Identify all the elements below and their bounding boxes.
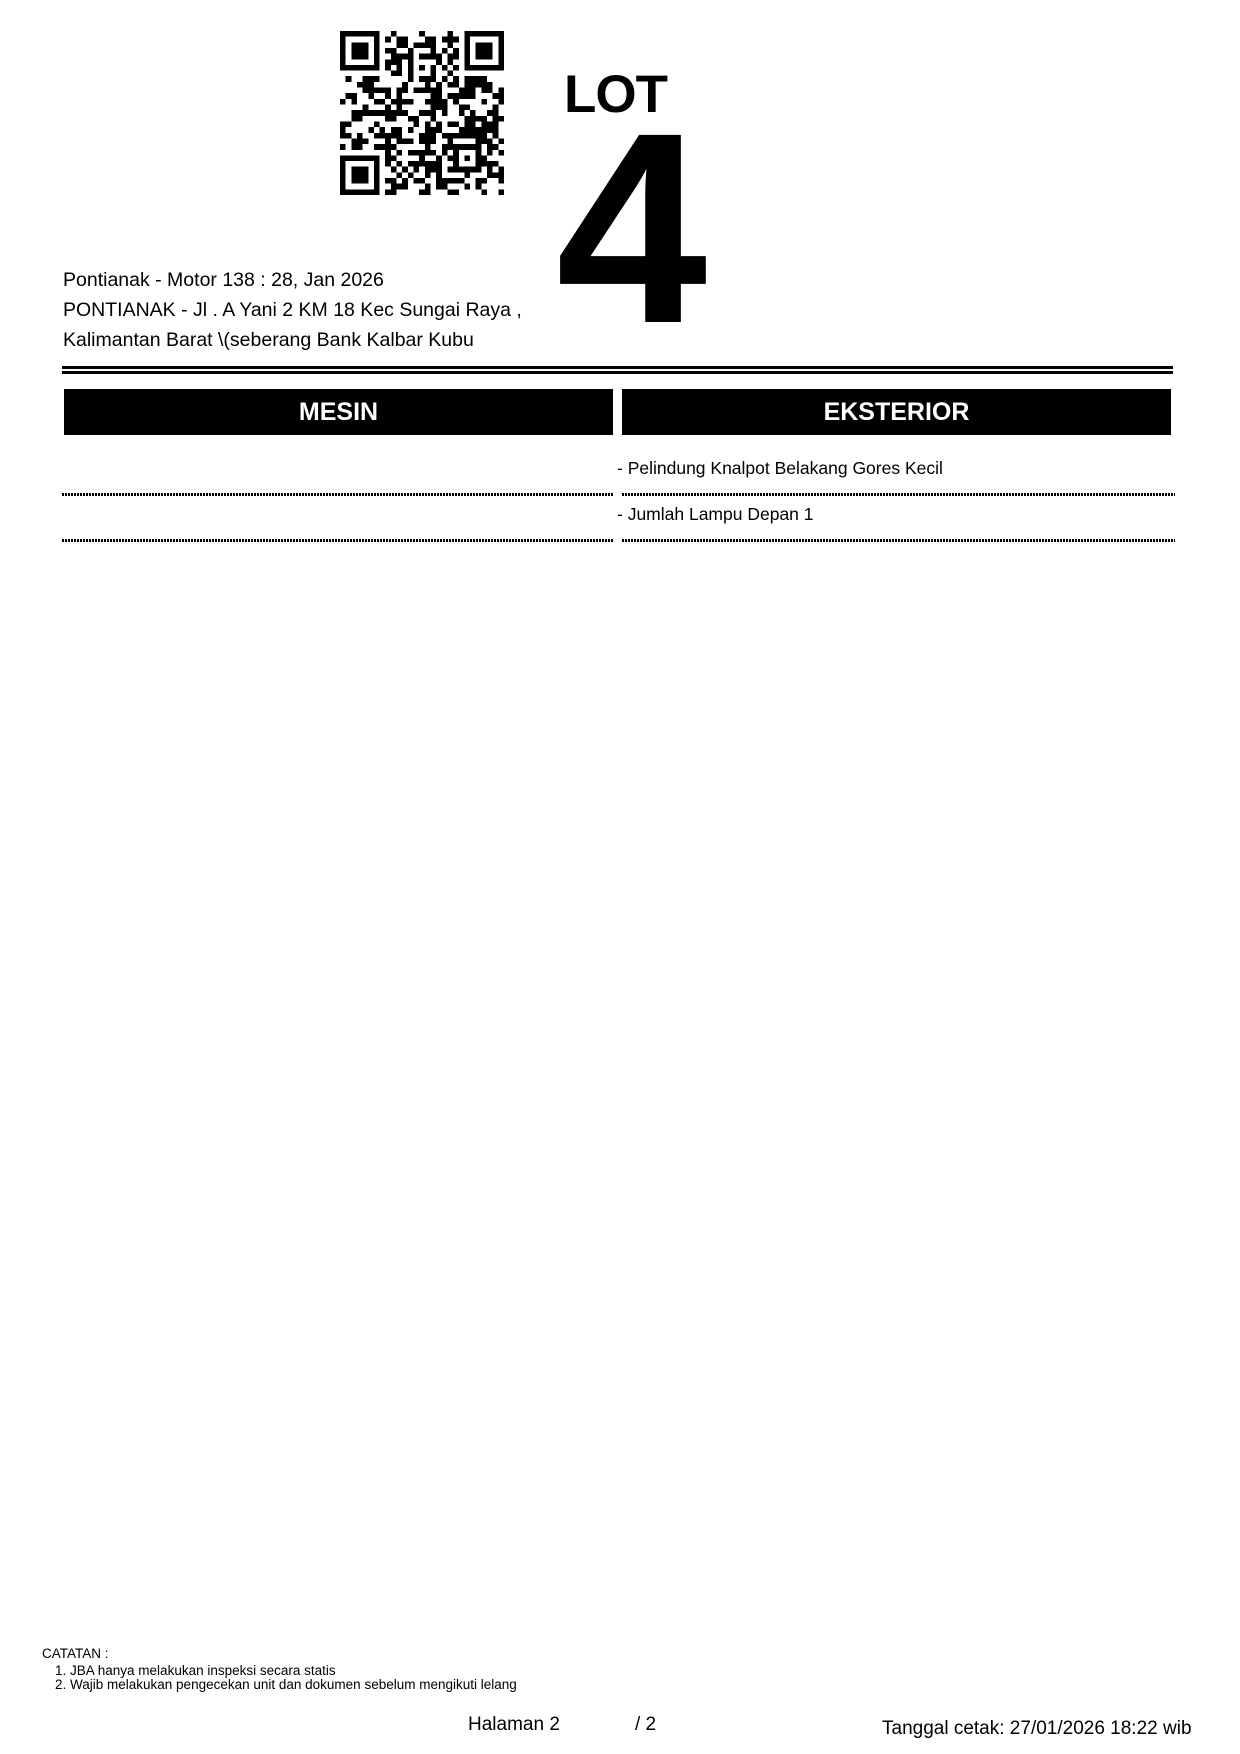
auction-title: Pontianak - Motor 138 : 28, Jan 2026 (63, 265, 384, 295)
lot-number: 4 (556, 92, 703, 364)
print-date: Tanggal cetak: 27/01/2026 18:22 wib (882, 1719, 1192, 1739)
header-divider (62, 371, 1173, 374)
row-divider (622, 493, 1175, 496)
page-total: / 2 (635, 1715, 656, 1735)
section-header-eksterior: EKSTERIOR (622, 389, 1171, 435)
row-divider (62, 493, 614, 496)
row-divider (62, 539, 614, 542)
address-line-1: PONTIANAK - Jl . A Yani 2 KM 18 Kec Sung… (63, 295, 522, 325)
row-divider (622, 539, 1175, 542)
page-number: Halaman 2 (468, 1715, 560, 1735)
address-line-2: Kalimantan Barat \(seberang Bank Kalbar … (63, 325, 474, 355)
qr-code-icon (340, 31, 504, 195)
section-header-mesin: MESIN (64, 389, 613, 435)
list-item: - Jumlah Lampu Depan 1 (617, 503, 814, 525)
note-item: 2. Wajib melakukan pengecekan unit dan d… (55, 1677, 517, 1693)
notes-title: CATATAN : (42, 1646, 109, 1662)
list-item: - Pelindung Knalpot Belakang Gores Kecil (617, 457, 943, 479)
header-divider (62, 366, 1173, 369)
